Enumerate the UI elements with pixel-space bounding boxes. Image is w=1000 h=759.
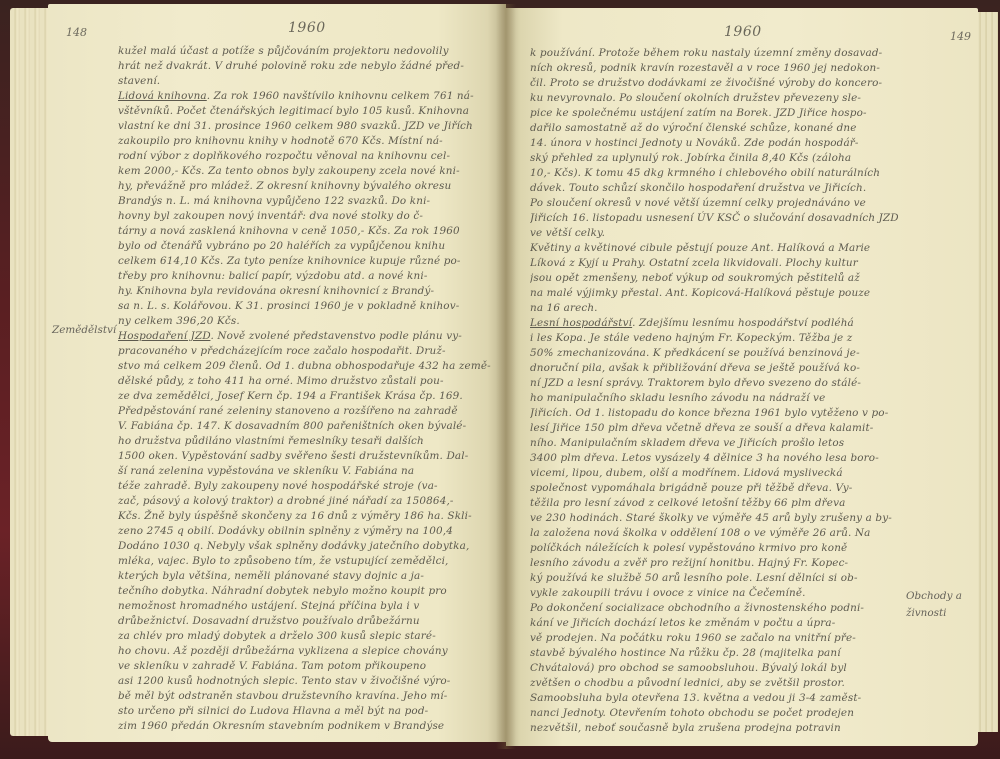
right-page: 149 1960 Obchody a živnosti k používání.…: [506, 8, 978, 746]
page-number-right: 149: [950, 30, 971, 43]
handwritten-line: 10,- Kčs). K tomu 45 dkg krmného i chleb…: [530, 166, 910, 181]
handwritten-line: rodní výbor z doplňkového rozpočtu věnov…: [118, 149, 498, 164]
handwritten-line: Jiřicích. Od 1. listopadu do konce březn…: [530, 406, 910, 421]
handwritten-line: vě prodejen. Na počátku roku 1960 se zač…: [530, 631, 910, 646]
handwritten-line: zač, pásový a kolový traktor) a drobné j…: [118, 494, 498, 509]
handwritten-line: ký používá ke službě 50 arů lesního pole…: [530, 571, 910, 586]
handwritten-line: Dodáno 1030 q. Nebyly však splněny dodáv…: [118, 539, 498, 554]
handwritten-line: ve větší celky.: [530, 226, 910, 241]
year-heading-left: 1960: [288, 20, 326, 36]
handwritten-line: Hospodaření JZD. Nově zvolené představen…: [118, 329, 498, 344]
handwritten-line: lesního závodu a zvěř pro režijní honitb…: [530, 556, 910, 571]
handwritten-line: pracovaného v předcházejícím roce začalo…: [118, 344, 498, 359]
handwritten-line: ve skleníku v zahradě V. Fabiána. Tam po…: [118, 659, 498, 674]
handwritten-line: lesí Jiřice 150 plm dřeva včetně dřeva z…: [530, 421, 910, 436]
handwritten-line: zeno 2745 q obilí. Dodávky obilnin splně…: [118, 524, 498, 539]
handwritten-line: ší raná zelenina vypěstována ve skleníku…: [118, 464, 498, 479]
handwritten-line: hrát než dvakrát. V druhé polovině roku …: [118, 59, 498, 74]
handwritten-line: Po dokončení socializace obchodního a ži…: [530, 601, 910, 616]
handwritten-line: ních okresů, podnik kravín rozestavěl a …: [530, 61, 910, 76]
handwritten-line: zakoupilo pro knihovnu knihy v hodnotě 6…: [118, 134, 498, 149]
handwritten-line: vlastní ke dni 31. prosince 1960 celkem …: [118, 119, 498, 134]
section-heading: Lesní hospodářství: [530, 317, 632, 329]
handwritten-line: 14. února v hostinci Jednoty u Nováků. Z…: [530, 136, 910, 151]
handwritten-line: za chlév pro mladý dobytek a drželo 300 …: [118, 629, 498, 644]
handwritten-line: hy. Knihovna byla revidována okresní kni…: [118, 284, 498, 299]
handwritten-line: hy, převážně pro mládež. Z okresní kniho…: [118, 179, 498, 194]
handwritten-line: Brandýs n. L. má knihovna vypůjčeno 122 …: [118, 194, 498, 209]
handwritten-line: kání ve Jiřicích dochází letos ke změnám…: [530, 616, 910, 631]
handwritten-line: zvětšen o chodbu a původní lednici, aby …: [530, 676, 910, 691]
handwritten-line: ního. Manipulačním skladem dřeva ve Jiři…: [530, 436, 910, 451]
handwritten-line: nanci Jednoty. Otevřením tohoto obchodu …: [530, 706, 910, 721]
right-page-text: k používání. Protože během roku nastaly …: [530, 46, 910, 736]
handwritten-line: ve 230 hodinách. Staré školky ve výměře …: [530, 511, 910, 526]
left-page-stack-edge: [10, 8, 52, 736]
handwritten-line: celkem 614,10 Kčs. Za tyto peníze knihov…: [118, 254, 498, 269]
handwritten-line: Líková z Kyjí u Prahy. Ostatní zcela lik…: [530, 256, 910, 271]
handwritten-line: ský přehled za uplynulý rok. Jobírka čin…: [530, 151, 910, 166]
handwritten-line: na 16 arech.: [530, 301, 910, 316]
handwritten-line: vštěvníků. Počet čtenářských legitimací …: [118, 104, 498, 119]
handwritten-line: tečního dobytka. Náhradní dobytek nebylo…: [118, 584, 498, 599]
handwritten-line: ní JZD a lesní správy. Traktorem bylo dř…: [530, 376, 910, 391]
handwritten-line: bě měl být odstraněn stavbou družstevníh…: [118, 689, 498, 704]
handwritten-line: zim 1960 předán Okresním stavebním podni…: [118, 719, 498, 734]
handwritten-line: 3400 plm dřeva. Letos vysázely 4 dělnice…: [530, 451, 910, 466]
handwritten-line: na malé výjimky přestal. Ant. Kopicová-H…: [530, 286, 910, 301]
handwritten-line: téže zahradě. Byly zakoupeny nové hospod…: [118, 479, 498, 494]
handwritten-line: pice ke společnému ustájení zatím na Bor…: [530, 106, 910, 121]
handwritten-line: la založena nová školka v oddělení 108 o…: [530, 526, 910, 541]
handwritten-line: vykle zakoupili trávu i ovoce z vinice n…: [530, 586, 910, 601]
handwritten-line: ze dva zemědělci, Josef Kern čp. 194 a F…: [118, 389, 498, 404]
handwritten-line: dávek. Touto schůzí skončilo hospodaření…: [530, 181, 910, 196]
handwritten-line: V. Fabiána čp. 147. K dosavadním 800 pař…: [118, 419, 498, 434]
handwritten-line: políčkách náležících k polesí vypěstován…: [530, 541, 910, 556]
handwritten-line: Chvátalová) pro obchod se samoobsluhou. …: [530, 661, 910, 676]
handwritten-line: ku nevyrovnalo. Po sloučení okolních dru…: [530, 91, 910, 106]
handwritten-line: hovny byl zakoupen nový inventář: dva no…: [118, 209, 498, 224]
handwritten-line: ny celkem 396,20 Kčs.: [118, 314, 498, 329]
book-gutter: [496, 4, 516, 749]
handwritten-line: sa n. L. s. Kolářovou. K 31. prosinci 19…: [118, 299, 498, 314]
handwritten-line: čil. Proto se družstvo dodávkami ze živo…: [530, 76, 910, 91]
margin-note-zemedelstvi: Zemědělství: [52, 322, 116, 339]
handwritten-line: dařilo samostatně až do výroční členské …: [530, 121, 910, 136]
section-heading: Hospodaření JZD: [118, 330, 210, 342]
handwritten-line: kem 2000,- Kčs. Za tento obnos byly zako…: [118, 164, 498, 179]
margin-note-obchody-a-zivnosti: Obchody a živnosti: [906, 588, 966, 622]
section-heading: Lidová knihovna: [118, 90, 207, 102]
handwritten-line: ho chovu. Až později drůbežárna vyklizen…: [118, 644, 498, 659]
right-page-stack-edge: [976, 12, 998, 732]
handwritten-line: mléka, vajec. Bylo to způsobeno tím, že …: [118, 554, 498, 569]
page-number-left: 148: [66, 26, 87, 39]
handwritten-line: Lidová knihovna. Za rok 1960 navštívilo …: [118, 89, 498, 104]
handwritten-line: stvo má celkem 209 členů. Od 1. dubna ob…: [118, 359, 498, 374]
handwritten-line: dnoruční pila, avšak k přibližování dřev…: [530, 361, 910, 376]
handwritten-line: Lesní hospodářství. Zdejšímu lesnímu hos…: [530, 316, 910, 331]
handwritten-line: Samoobsluha byla otevřena 13. května a v…: [530, 691, 910, 706]
handwritten-line: těžila pro lesní závod z celkové letošní…: [530, 496, 910, 511]
handwritten-line: kterých byla většina, neměli plánované s…: [118, 569, 498, 584]
left-page: 148 1960 Zemědělství kužel malá účast a …: [48, 4, 506, 742]
handwritten-line: nemožnost hromadného ustájení. Stejná př…: [118, 599, 498, 614]
handwritten-line: vicemi, lipou, dubem, olší a modřínem. L…: [530, 466, 910, 481]
handwritten-line: sto určeno při silnici do Ludova Hlavna …: [118, 704, 498, 719]
handwritten-line: 50% zmechanizována. K předkácení se použ…: [530, 346, 910, 361]
handwritten-line: tárny a nová zasklená knihovna v ceně 10…: [118, 224, 498, 239]
left-page-text: kužel malá účast a potíže s půjčováním p…: [118, 44, 498, 734]
handwritten-line: společnost vypomáhala brigádně pouze při…: [530, 481, 910, 496]
handwritten-line: Předpěstování rané zeleniny stanoveno a …: [118, 404, 498, 419]
handwritten-line: ho manipulačního skladu lesního závodu n…: [530, 391, 910, 406]
handwritten-line: kužel malá účast a potíže s půjčováním p…: [118, 44, 498, 59]
handwritten-line: asi 1200 kusů hodnotných slepic. Tento s…: [118, 674, 498, 689]
handwritten-line: Kčs. Žně byly úspěšně skončeny za 16 dnů…: [118, 509, 498, 524]
handwritten-line: Květiny a květinové cibule pěstují pouze…: [530, 241, 910, 256]
handwritten-line: drůbežnictví. Dosavadní družstvo používa…: [118, 614, 498, 629]
handwritten-line: i les Kopa. Je stále vedeno hajným Fr. K…: [530, 331, 910, 346]
year-heading-right: 1960: [724, 24, 762, 40]
handwritten-line: jsou opět zmenšeny, neboť výkup od soukr…: [530, 271, 910, 286]
handwritten-line: Po sloučení okresů v nové větší územní c…: [530, 196, 910, 211]
handwritten-line: ho družstva půdiláno vlastními řemeslník…: [118, 434, 498, 449]
open-book-spread: 148 1960 Zemědělství kužel malá účast a …: [10, 4, 998, 754]
handwritten-line: třeby pro knihovnu: balicí papír, výzdob…: [118, 269, 498, 284]
handwritten-line: k používání. Protože během roku nastaly …: [530, 46, 910, 61]
handwritten-line: Jiřicích 16. listopadu usnesení ÚV KSČ o…: [530, 211, 910, 226]
handwritten-line: dělské půdy, z toho 411 ha orné. Mimo dr…: [118, 374, 498, 389]
handwritten-line: stavbě bývalého hostince Na růžku čp. 28…: [530, 646, 910, 661]
handwritten-line: stavení.: [118, 74, 498, 89]
handwritten-line: 1500 oken. Vypěstování sadby svěřeno šes…: [118, 449, 498, 464]
handwritten-line: bylo od čtenářů vybráno po 20 haléřích z…: [118, 239, 498, 254]
handwritten-line: nezvětšil, neboť současně byla zrušena p…: [530, 721, 910, 736]
